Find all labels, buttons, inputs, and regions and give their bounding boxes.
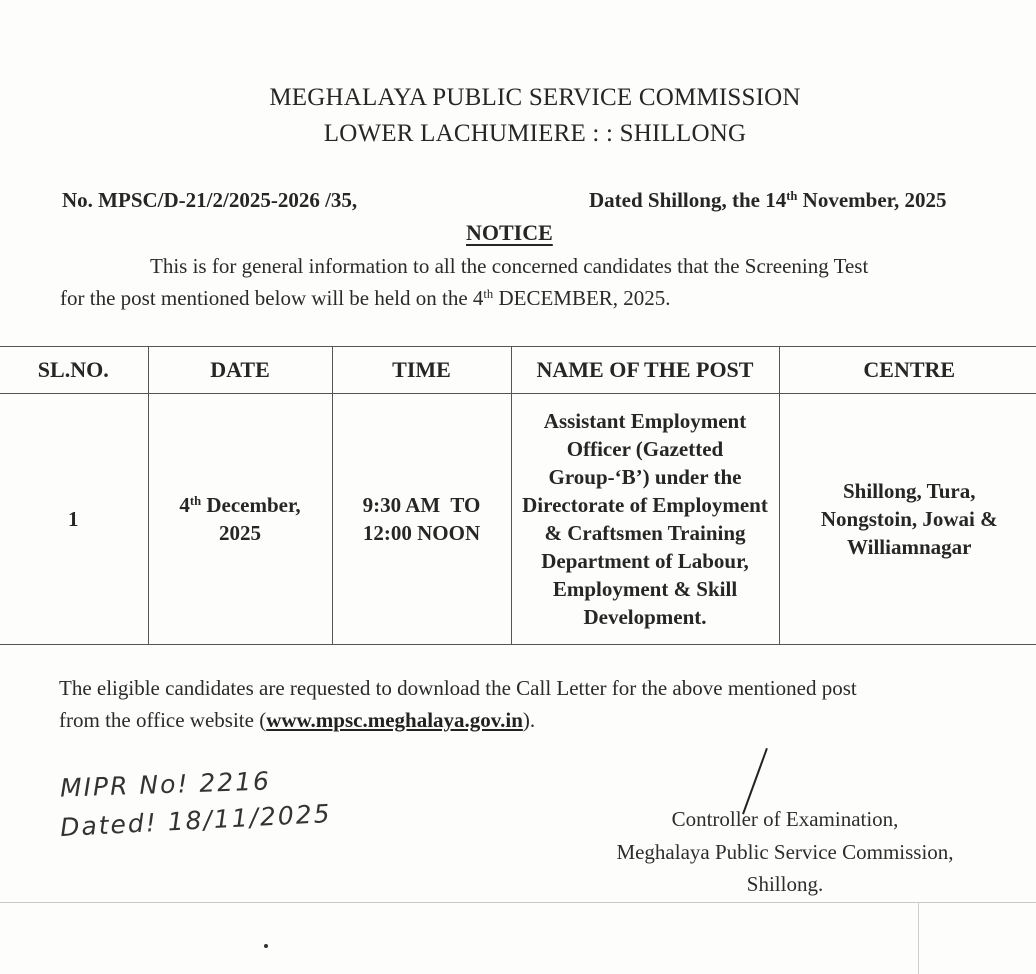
table-row: 1 4th December, 2025 9:30 AM TO 12:00 NO… (0, 394, 1036, 645)
cell-time: 9:30 AM TO 12:00 NOON (332, 394, 511, 645)
cell-sl-no: 1 (0, 394, 148, 645)
cell-post: Assistant Employment Officer (Gazetted G… (511, 394, 779, 645)
header-time: TIME (332, 347, 511, 394)
dated-ordinal: th (786, 189, 797, 203)
handwritten-mipr-number: MIPR No! 2216 (60, 766, 272, 802)
notice-title: NOTICE (466, 220, 553, 246)
header-sl-no: SL.NO. (0, 347, 148, 394)
signature-stroke (742, 748, 768, 814)
note-prefix: from the office website ( (59, 708, 266, 732)
cell-date: 4th December, 2025 (148, 394, 332, 645)
paper-fold-line (0, 902, 1036, 903)
header-post: NAME OF THE POST (511, 347, 779, 394)
header-centre: CENTRE (779, 347, 1036, 394)
dated-suffix: November, 2025 (797, 188, 946, 212)
schedule-table: SL.NO. DATE TIME NAME OF THE POST CENTRE… (0, 346, 1036, 645)
signatory-title: Controller of Examination, (555, 807, 1015, 832)
call-letter-note-line-2: from the office website (www.mpsc.meghal… (59, 708, 535, 733)
note-suffix: ). (523, 708, 535, 732)
paper-fold-vertical (918, 903, 919, 974)
signatory-place: Shillong. (555, 872, 1015, 897)
org-name-heading: MEGHALAYA PUBLIC SERVICE COMMISSION (0, 84, 1036, 112)
signatory-org: Meghalaya Public Service Commission, (555, 840, 1015, 865)
intro-line-2-prefix: for the post mentioned below will be hel… (60, 286, 483, 310)
cell-centre: Shillong, Tura, Nongstoin, Jowai & Willi… (779, 394, 1036, 645)
intro-ordinal: th (483, 287, 493, 301)
date-day: 4 (179, 493, 190, 517)
date-month: December, (201, 493, 301, 517)
time-end: 12:00 NOON (363, 521, 480, 545)
intro-line-2-suffix: DECEMBER, 2025. (493, 286, 670, 310)
handwritten-date: Dated! 18/11/2025 (59, 799, 332, 842)
org-address-heading: LOWER LACHUMIERE : : SHILLONG (0, 120, 1036, 148)
reference-number: No. MPSC/D-21/2/2025-2026 /35, (62, 188, 357, 213)
intro-line-2: for the post mentioned below will be hel… (60, 286, 671, 311)
website-link[interactable]: www.mpsc.meghalaya.gov.in (266, 708, 523, 732)
date-year: 2025 (219, 521, 261, 545)
dated-prefix: Dated Shillong, the 14 (589, 188, 786, 212)
time-start: 9:30 AM TO (363, 493, 481, 517)
scan-speck (264, 944, 268, 948)
intro-line-1: This is for general information to all t… (150, 254, 868, 279)
dated-line: Dated Shillong, the 14th November, 2025 (589, 188, 947, 213)
header-date: DATE (148, 347, 332, 394)
date-ordinal: th (190, 494, 201, 508)
schedule-header-row: SL.NO. DATE TIME NAME OF THE POST CENTRE (0, 347, 1036, 394)
call-letter-note-line-1: The eligible candidates are requested to… (59, 676, 857, 701)
